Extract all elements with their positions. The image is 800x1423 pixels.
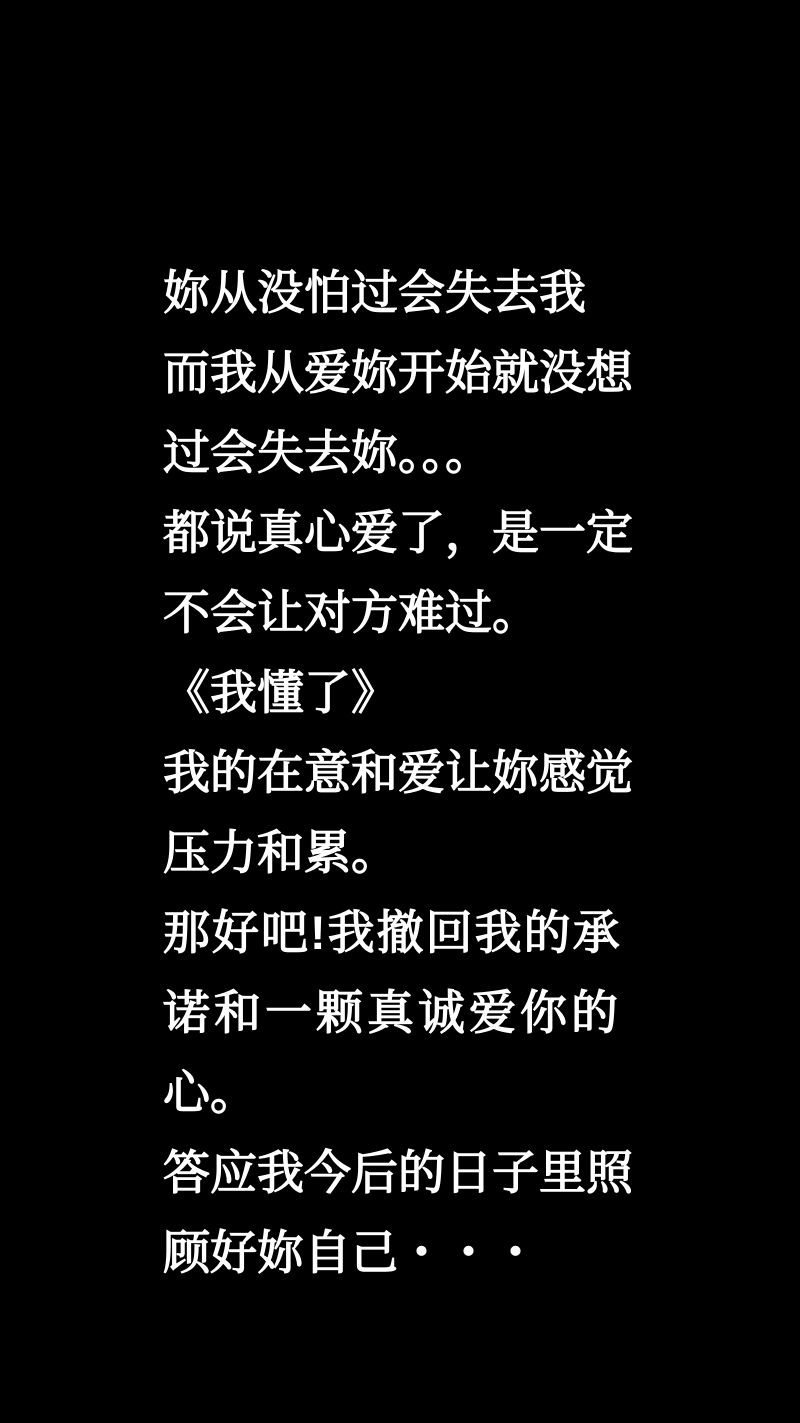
quote-line-7: 我的在意和爱让妳感觉 (163, 733, 683, 813)
quote-line-4: 都说真心爱了，是一定 (163, 493, 683, 573)
quote-line-12: 答应我今后的日子里照 (163, 1133, 683, 1213)
quote-line-6: 《我懂了》 (163, 653, 683, 733)
quote-line-11: 心。 (163, 1053, 683, 1133)
quote-line-5: 不会让对方难过。 (163, 573, 683, 653)
quote-line-2: 而我从爱妳开始就没想 (163, 333, 683, 413)
quote-line-10: 诺和一颗真诚爱你的 (163, 973, 683, 1053)
quote-line-13: 顾好妳自己・・・ (163, 1213, 683, 1293)
quote-line-9: 那好吧!我撤回我的承 (163, 893, 683, 973)
quote-line-3: 过会失去妳。。。 (163, 413, 683, 493)
quote-card: 妳从没怕过会失去我 而我从爱妳开始就没想 过会失去妳。。。 都说真心爱了，是一定… (163, 253, 683, 1293)
quote-line-1: 妳从没怕过会失去我 (163, 253, 683, 333)
quote-line-8: 压力和累。 (163, 813, 683, 893)
